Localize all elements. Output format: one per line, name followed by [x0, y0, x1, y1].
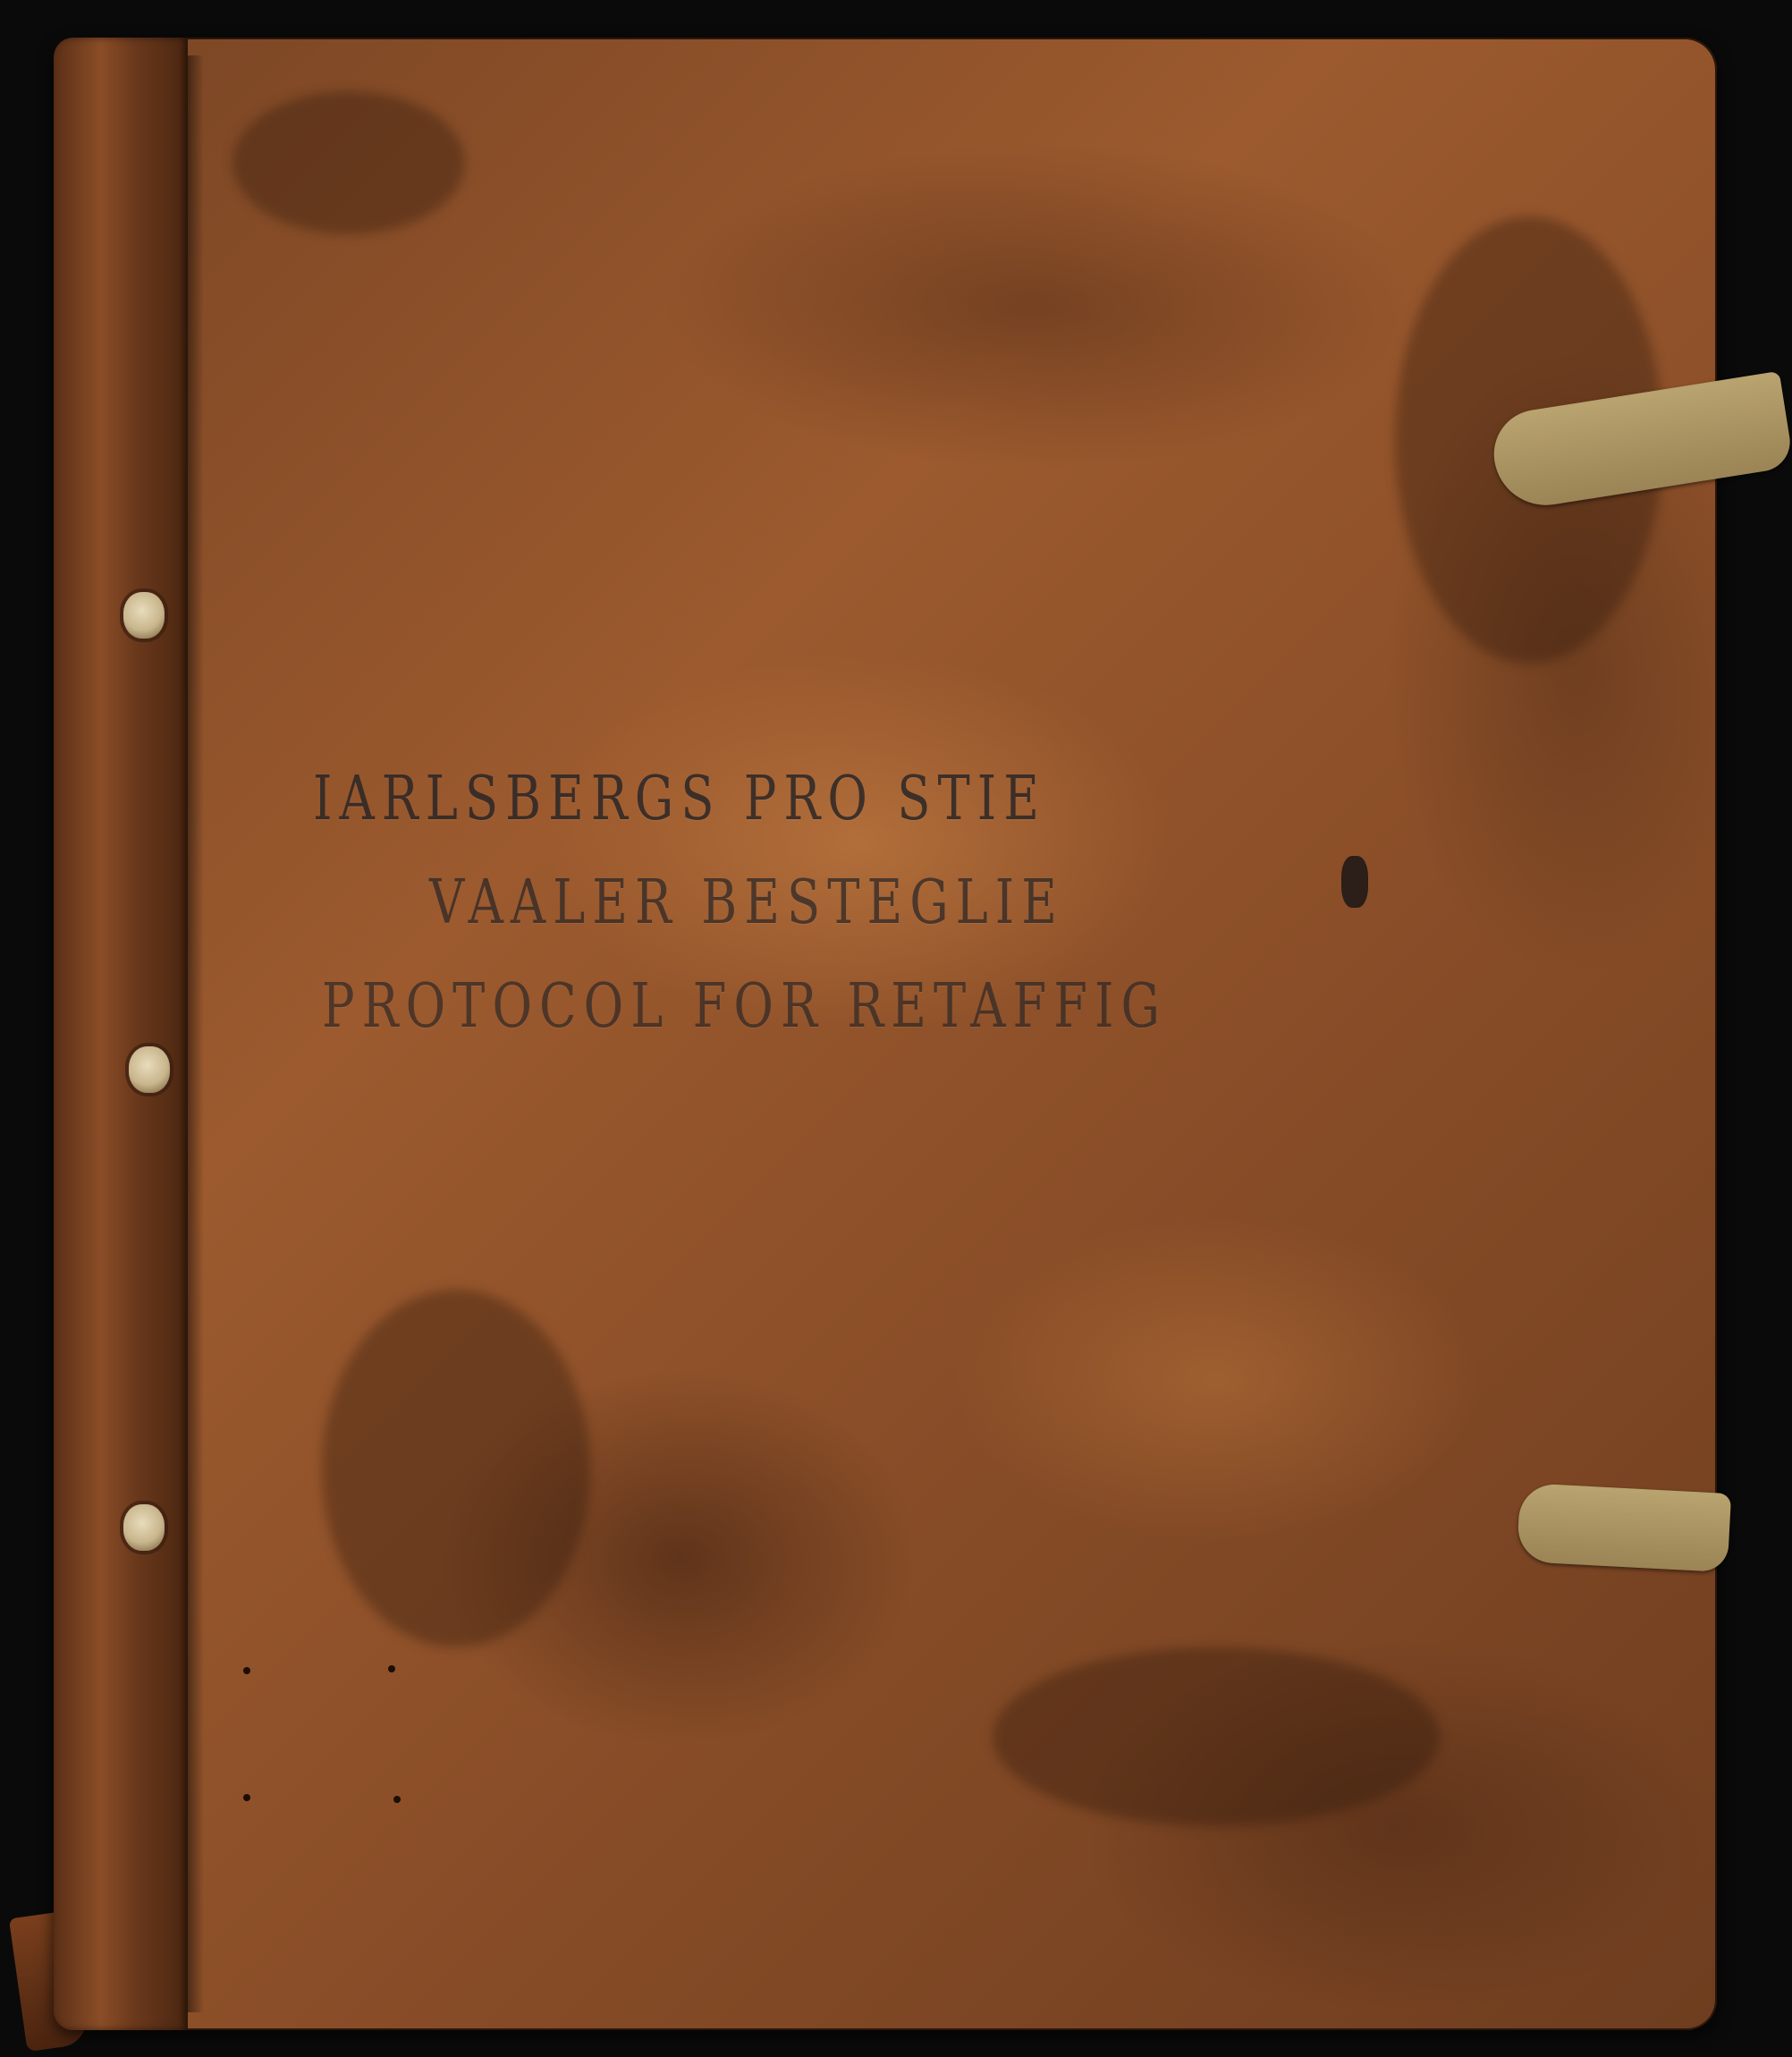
binding-knot-3	[123, 1504, 165, 1551]
cover-title: IARLSBERGS PRO STIE VAALER BESTEGLIE PRO…	[313, 769, 1565, 1037]
worm-hole	[388, 1665, 395, 1672]
wear-mark	[993, 1647, 1440, 1826]
cover-title-line-2: VAALER BESTEGLIE	[429, 873, 1338, 934]
binding-knot-1	[123, 592, 165, 639]
cover-title-line-1: IARLSBERGS PRO STIE	[313, 769, 1314, 830]
spine-hinge	[188, 55, 204, 2012]
worm-hole	[243, 1667, 250, 1674]
fabric-tie-bottom	[1517, 1483, 1731, 1572]
binding-knot-2	[129, 1046, 170, 1093]
book-spine	[54, 38, 188, 2030]
wear-mark	[322, 1290, 590, 1647]
wear-mark	[232, 91, 465, 234]
worm-hole	[393, 1796, 401, 1803]
cover-title-line-3: PROTOCOL FOR RETAFFIG	[322, 977, 1316, 1037]
worm-hole	[243, 1794, 250, 1801]
